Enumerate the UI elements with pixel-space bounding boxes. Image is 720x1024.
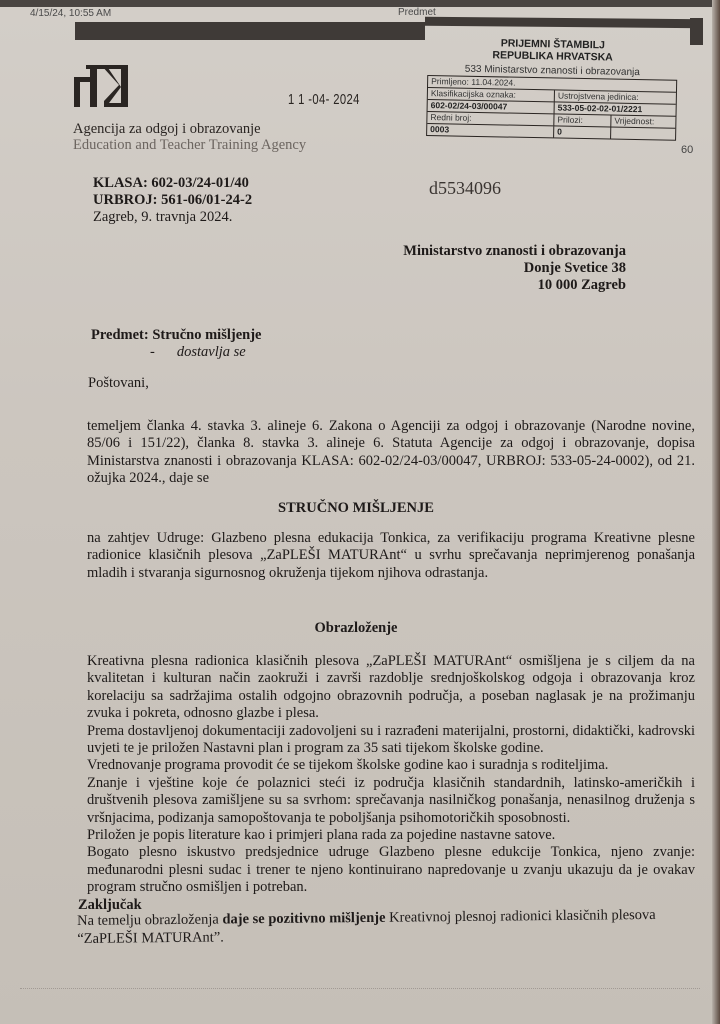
place-date: Zagreb, 9. travnja 2024.: [93, 209, 252, 226]
rationale-paragraph: Kreativna plesna radionica klasičnih ple…: [87, 653, 695, 723]
reference-block: KLASA: 602-03/24-01/40 URBROJ: 561-06/01…: [93, 175, 252, 226]
recipient-line-3: 10 000 Zagreb: [403, 277, 626, 294]
klasa-value: 602-03/24-01/40: [151, 175, 248, 191]
rationale-paragraph: Bogato plesno iskustvo predsjednice udru…: [87, 844, 695, 896]
rationale-paragraph: Priložen je popis literature kao i primj…: [87, 827, 695, 844]
receipt-stamp: PRIJEMNI ŠTAMBILJ REPUBLIKA HRVATSKA 533…: [426, 36, 678, 141]
subject-title: Predmet: Stručno mišljenje: [91, 327, 261, 344]
recipient-line-1: Ministarstvo znanosti i obrazovanja: [403, 243, 626, 260]
stamp-ordinal-value: 0003: [427, 124, 554, 137]
intro-paragraph: temeljem članka 4. stavka 3. alineje 6. …: [87, 418, 695, 488]
recipient-address: Ministarstvo znanosti i obrazovanja Donj…: [403, 243, 626, 294]
aoo-logo-icon: [74, 63, 130, 107]
greeting: Poštovani,: [88, 375, 149, 392]
stamp-unit-value: 533-05-02-02-01/2221: [555, 102, 676, 115]
opinion-paragraph: na zahtjev Udruge: Glazbeno plesna eduka…: [87, 530, 695, 582]
conclusion-text-bold: daje se pozitivno mišljenje: [222, 910, 385, 928]
opinion-heading: STRUČNO MIŠLJENJE: [0, 500, 712, 517]
agency-name-hr: Agencija za odgoj i obrazovanje: [73, 121, 261, 138]
date-stamp: 1 1 -04- 2024: [288, 91, 360, 108]
stamp-table: Primljeno: 11.04.2024. Klasifikacijska o…: [426, 75, 677, 141]
klasa-label: KLASA:: [93, 175, 148, 191]
rationale-paragraph: Znanje i vještine koje će polaznici steć…: [87, 775, 695, 827]
stamp-value-label: Vrijednost:: [611, 116, 675, 128]
rationale-body: Kreativna plesna radionica klasičnih ple…: [87, 653, 695, 897]
subject-subtitle: dostavlja se: [177, 344, 246, 360]
print-timestamp: 4/15/24, 10:55 AM: [30, 8, 111, 19]
urbroj-label: URBROJ:: [93, 192, 157, 208]
stamp-unit-label: Ustrojstvena jedinica:: [555, 90, 676, 103]
barcode-icon: [430, 149, 534, 177]
rationale-paragraph: Vrednovanje programa provodit će se tije…: [87, 757, 695, 774]
footer-line: [20, 988, 700, 991]
recipient-line-2: Donje Svetice 38: [403, 260, 626, 277]
redaction-bar: [75, 22, 425, 40]
stamp-attachments-value: 0: [554, 126, 611, 138]
redaction-bar: [690, 18, 703, 45]
conclusion-text-before: Na temelju obrazloženja: [77, 911, 223, 929]
agency-name-en: Education and Teacher Training Agency: [73, 137, 306, 154]
conclusion-text: Na temelju obrazloženja daje se pozitivn…: [77, 907, 697, 948]
stamp-value-value: [611, 128, 675, 140]
stamp-attachments-label: Prilozi:: [554, 114, 611, 126]
rationale-paragraph: Prema dostavljenoj dokumentaciji zadovol…: [87, 723, 695, 758]
page-mark: 60: [681, 144, 693, 156]
scan-top-edge: [0, 0, 720, 7]
subject-subtitle-row: -dostavlja se: [150, 344, 246, 361]
urbroj-value: 561-06/01-24-2: [161, 192, 252, 208]
barcode-id: d5534096: [429, 178, 501, 199]
subject-dash: -: [150, 344, 155, 360]
rationale-heading: Obrazloženje: [0, 620, 712, 637]
scan-right-edge: [712, 0, 720, 1024]
